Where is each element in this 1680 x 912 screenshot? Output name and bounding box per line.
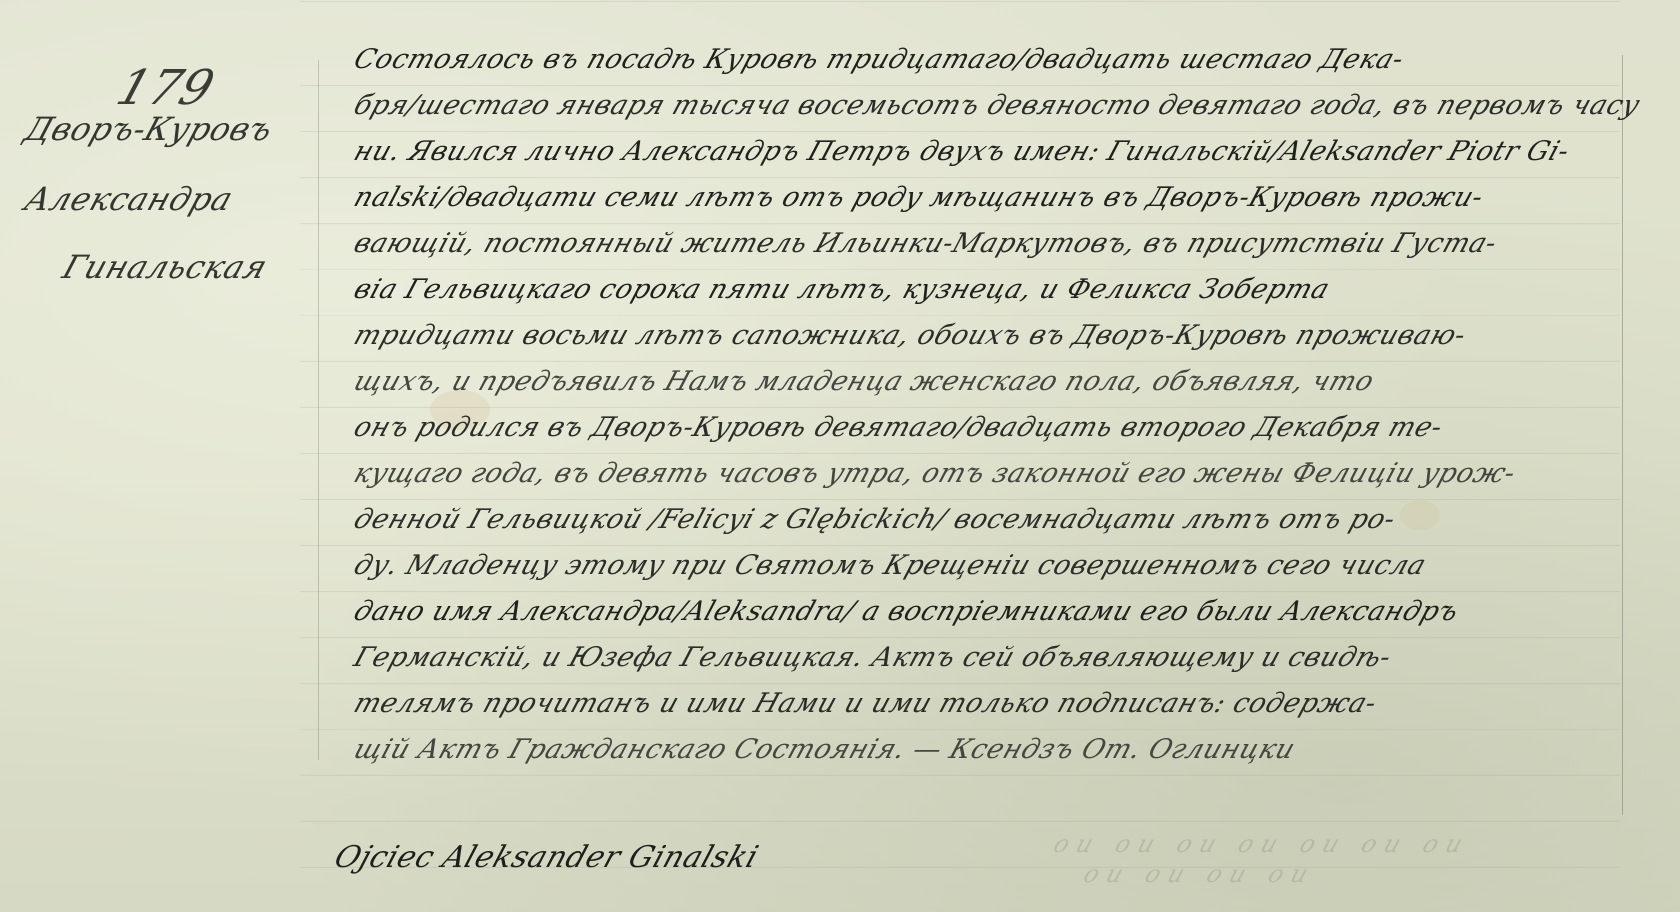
record-line-9: онъ родился въ Дворъ-Куровѣ девятаго/два… bbox=[330, 413, 1650, 443]
record-line-3: ни. Явился лично Александръ Петръ двухъ … bbox=[330, 137, 1650, 167]
record-line-6: віа Гельвицкаго сорока пяти лѣтъ, кузнец… bbox=[330, 275, 1650, 305]
act-number: 179 bbox=[110, 60, 221, 116]
margin-given-name: Александра bbox=[20, 180, 238, 218]
bleed-through-text: ои ои ои ои ои ои ои bbox=[1050, 830, 1474, 858]
father-signature: Ojciec Aleksander Ginalski bbox=[330, 840, 763, 875]
record-line-13: дано имя Александра/Aleksandra/ а воспрі… bbox=[330, 597, 1650, 627]
record-line-14: Германскій, и Юзефа Гельвицкая. Актъ сей… bbox=[330, 643, 1650, 673]
record-line-7: тридцати восьми лѣтъ сапожника, обоихъ в… bbox=[330, 321, 1650, 351]
bleed-through-text: ои ои ои ои bbox=[1080, 860, 1320, 888]
record-line-11: денной Гельвицкой /Felicyi z Glębickich/… bbox=[330, 505, 1650, 535]
record-line-12: ду. Младенцу этому при Святомъ Крещеніи … bbox=[330, 551, 1650, 581]
record-line-1: Состоялось въ посадѣ Куровѣ тридцатаго/д… bbox=[330, 45, 1650, 75]
record-line-15: телямъ прочитанъ и ими Нами и ими только… bbox=[330, 689, 1650, 719]
margin-surname: Гинальская bbox=[58, 248, 272, 286]
document-page: 179 Дворъ-Куровъ Александра Гинальская С… bbox=[0, 0, 1680, 912]
record-line-16: щій Актъ Гражданскаго Состоянія. — Ксенд… bbox=[330, 735, 1650, 765]
record-line-2: бря/шестаго января тысяча восемьсотъ дев… bbox=[330, 91, 1650, 121]
record-line-8: щихъ, и предъявилъ Намъ младенца женскаг… bbox=[330, 367, 1650, 397]
record-line-4: nalski/двадцати семи лѣтъ отъ роду мѣщан… bbox=[330, 183, 1650, 213]
left-margin-rule bbox=[318, 60, 319, 760]
margin-place: Дворъ-Куровъ bbox=[20, 110, 278, 148]
signature-block: Ojciec Aleksander Ginalski bbox=[330, 840, 752, 875]
record-line-10: кущаго года, въ девять часовъ утра, отъ … bbox=[330, 459, 1650, 489]
record-line-5: вающій, постоянный житель Ильинки-Маркут… bbox=[330, 229, 1650, 259]
